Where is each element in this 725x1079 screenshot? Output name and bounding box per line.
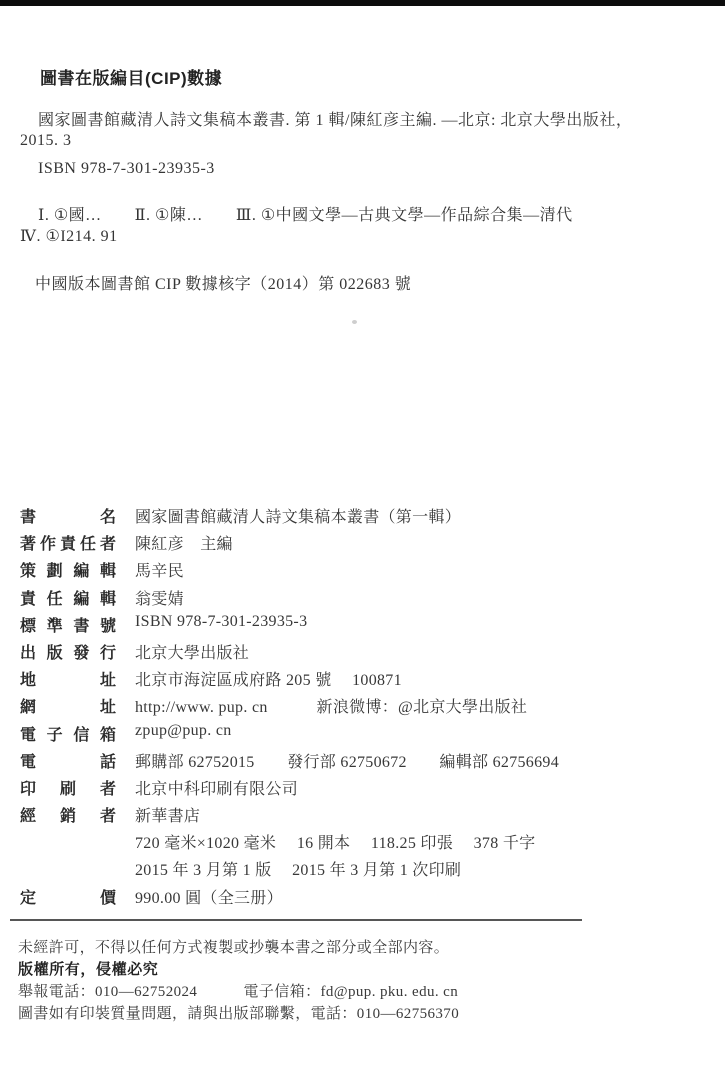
field-value: 北京大學出版社 (135, 640, 249, 663)
table-row-isbn: 標準書號 ISBN 978-7-301-23935-3 (20, 613, 710, 640)
colophon-table: 書名 國家圖書館藏清人詩文集稿本叢書（第一輯） 著作責任者 陳紅彦 主編 策劃編… (20, 504, 710, 912)
table-row-edition: 2015 年 3 月第 1 版 2015 年 3 月第 1 次印刷 (20, 857, 710, 884)
field-label: 書名 (20, 504, 116, 527)
cip-record-number: 中國版本圖書館 CIP 數據核字（2014）第 022683 號 (35, 271, 411, 294)
book-copyright-page: 圖書在版編目(CIP)數據 國家圖書館藏清人詩文集稿本叢書. 第 1 輯/陳紅彦… (0, 0, 725, 1079)
field-value: 國家圖書館藏清人詩文集稿本叢書（第一輯） (135, 504, 461, 527)
field-label: 網址 (20, 694, 116, 717)
field-value: 720 毫米×1020 毫米 16 開本 118.25 印張 378 千字 (135, 830, 535, 853)
field-label: 出版發行 (20, 640, 116, 663)
table-row-publisher: 出版發行 北京大學出版社 (20, 640, 710, 667)
field-value: 990.00 圓（全三册） (135, 885, 283, 908)
table-row-printer: 印刷者 北京中科印刷有限公司 (20, 776, 710, 803)
report-contact-line: 舉報電話：010—62752024 電子信箱：fd@pup. pku. edu.… (18, 980, 458, 1001)
field-value: 陳紅彦 主編 (135, 531, 233, 554)
table-row-responsible-editor: 責任編輯 翁雯婧 (20, 586, 710, 613)
table-row-price: 定價 990.00 圓（全三册） (20, 885, 710, 912)
cip-classification-line2: Ⅳ. ①I214. 91 (20, 226, 118, 246)
field-value: 北京市海淀區成府路 205 號 100871 (135, 667, 402, 690)
cip-description-line1: 國家圖書館藏清人詩文集稿本叢書. 第 1 輯/陳紅彦主編. —北京: 北京大學出… (38, 107, 632, 130)
field-label: 責任編輯 (20, 586, 116, 609)
field-value: 郵購部 62752015 發行部 62750672 編輯部 62756694 (135, 749, 559, 772)
cip-description-line2: 2015. 3 (20, 132, 72, 150)
field-value: ISBN 978-7-301-23935-3 (135, 613, 307, 631)
field-label: 電話 (20, 749, 116, 772)
field-label: 策劃編輯 (20, 558, 116, 581)
table-row-author: 著作責任者 陳紅彦 主編 (20, 531, 710, 558)
field-value: 北京中科印刷有限公司 (135, 776, 298, 799)
field-label: 標準書號 (20, 613, 116, 636)
table-row-distributor: 經銷者 新華書店 (20, 803, 710, 830)
table-row-address: 地址 北京市海淀區成府路 205 號 100871 (20, 667, 710, 694)
footer-divider-line (10, 919, 582, 921)
field-value: 新華書店 (135, 803, 200, 826)
field-label: 印刷者 (20, 776, 116, 799)
table-row-phone: 電話 郵購部 62752015 發行部 62750672 編輯部 6275669… (20, 749, 710, 776)
table-row-website: 網址 http://www. pup. cn 新浪微博：@北京大學出版社 (20, 694, 710, 721)
scan-top-edge-bar (0, 0, 725, 6)
field-label: 地址 (20, 667, 116, 690)
field-value: zpup@pup. cn (135, 722, 232, 740)
field-value: 翁雯婧 (135, 586, 184, 609)
table-row-email: 電子信箱 zpup@pup. cn (20, 722, 710, 749)
cip-classification-line1: Ⅰ. ①國… Ⅱ. ①陳… Ⅲ. ①中國文學—古典文學—作品綜合集—清代 (38, 202, 573, 225)
field-label: 電子信箱 (20, 722, 116, 745)
cip-isbn: ISBN 978-7-301-23935-3 (38, 160, 215, 178)
table-row-planning-editor: 策劃編輯 馬辛民 (20, 558, 710, 585)
copyright-notice: 未經許可，不得以任何方式複製或抄襲本書之部分或全部内容。 (18, 936, 449, 957)
table-row-format: 720 毫米×1020 毫米 16 開本 118.25 印張 378 千字 (20, 830, 710, 857)
field-label: 著作責任者 (20, 531, 116, 554)
rights-reserved-line: 版權所有，侵權必究 (18, 958, 158, 979)
field-value: 馬辛民 (135, 558, 184, 581)
print-quality-line: 圖書如有印裝質量問題，請與出版部聯繫，電話：010—62756370 (18, 1002, 459, 1023)
cip-block-title: 圖書在版編目(CIP)數據 (40, 64, 222, 89)
field-value: 2015 年 3 月第 1 版 2015 年 3 月第 1 次印刷 (135, 857, 461, 880)
table-row-title: 書名 國家圖書館藏清人詩文集稿本叢書（第一輯） (20, 504, 710, 531)
scan-speck (352, 320, 357, 324)
field-value: http://www. pup. cn 新浪微博：@北京大學出版社 (135, 694, 527, 717)
field-label: 經銷者 (20, 803, 116, 826)
field-label: 定價 (20, 885, 116, 908)
